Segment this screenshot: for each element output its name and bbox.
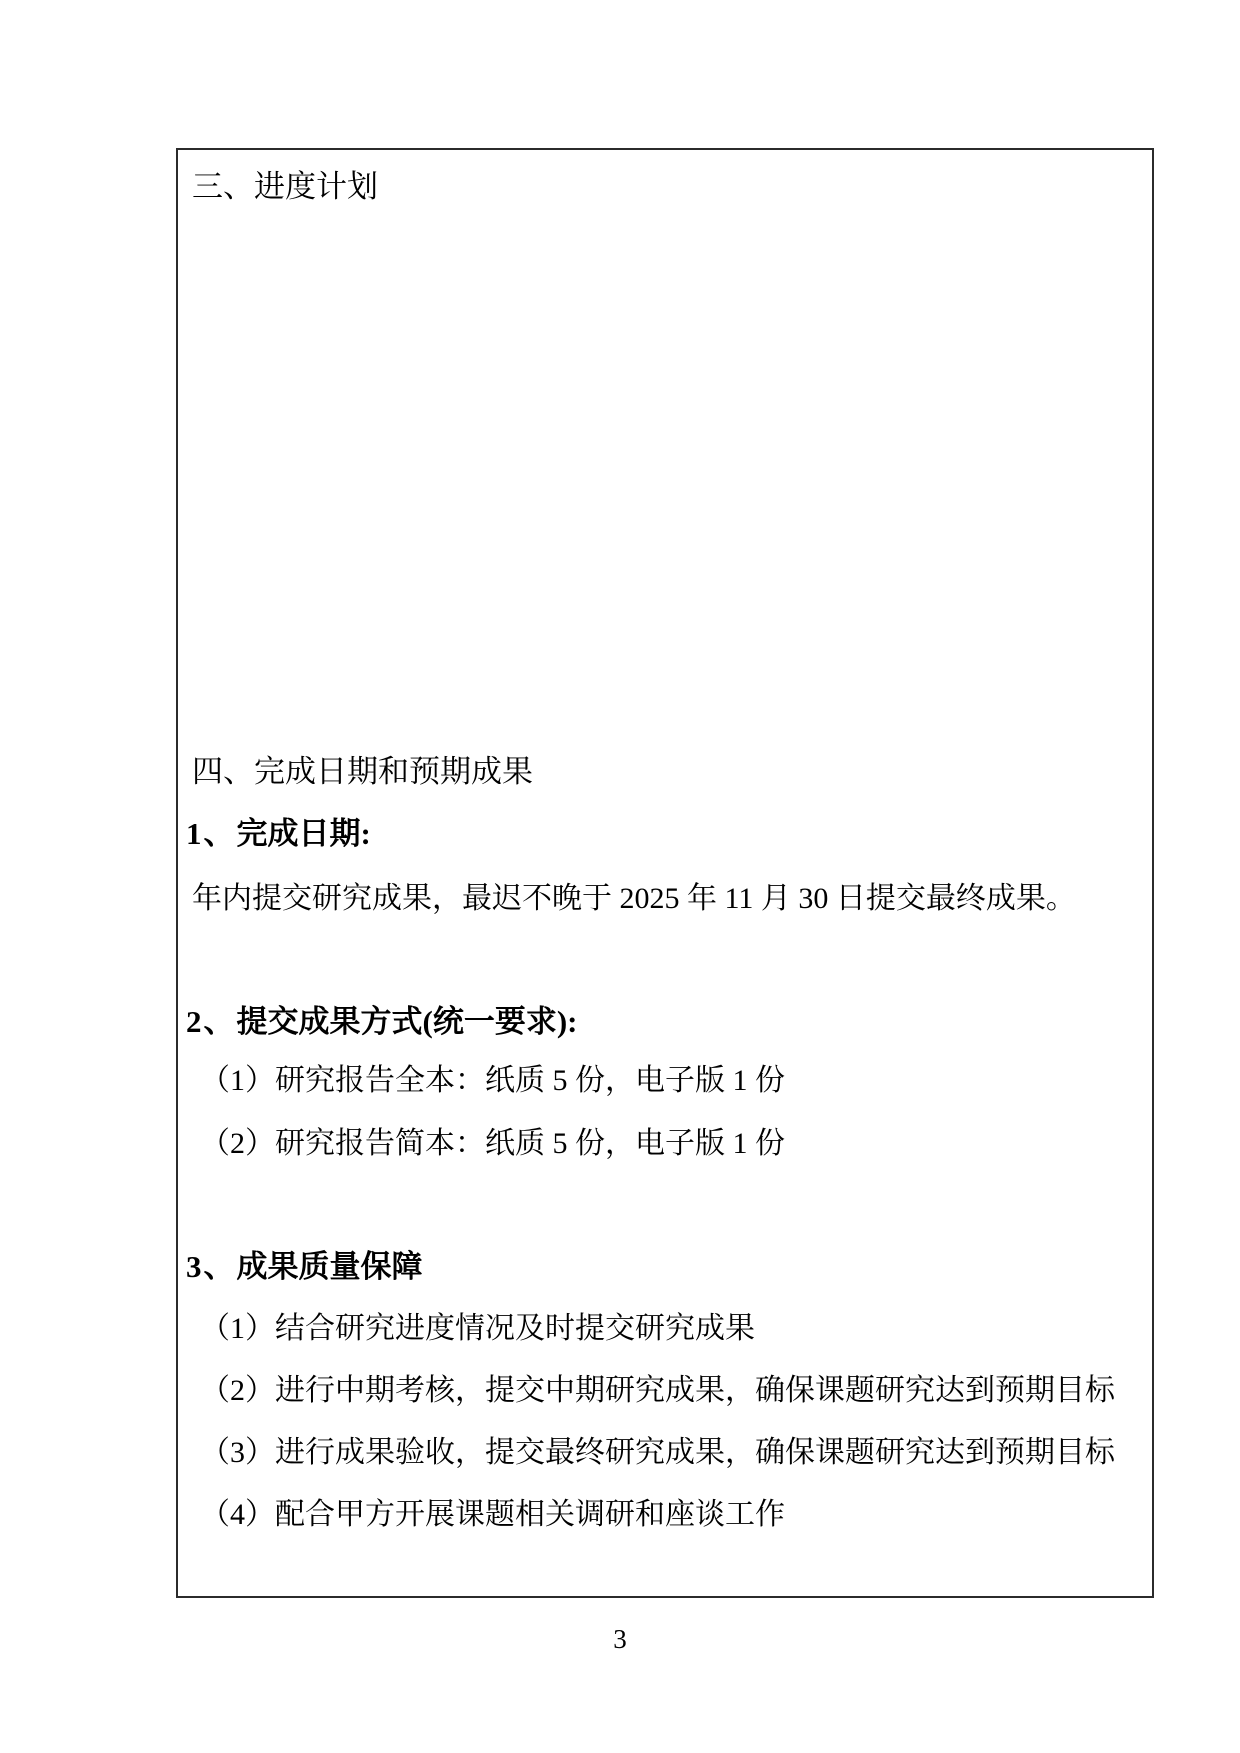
sub3-item-1: （1）结合研究进度情况及时提交研究成果 bbox=[200, 1310, 755, 1348]
section3-title: 三、进度计划 bbox=[192, 168, 378, 206]
sub1-heading: 1、完成日期: bbox=[186, 815, 371, 853]
section4-title: 四、完成日期和预期成果 bbox=[192, 753, 533, 791]
sub1-number: 1、 bbox=[186, 816, 237, 851]
content-border-box: 三、进度计划 四、完成日期和预期成果 1、完成日期: 年内提交研究成果，最迟不晚… bbox=[176, 148, 1154, 1598]
sub3-item-2: （2）进行中期考核，提交中期研究成果，确保课题研究达到预期目标 bbox=[200, 1372, 1115, 1410]
sub2-item-1: （1）研究报告全本：纸质 5 份，电子版 1 份 bbox=[200, 1062, 785, 1100]
sub1-body: 年内提交研究成果，最迟不晚于 2025 年 11 月 30 日提交最终成果。 bbox=[192, 880, 1076, 918]
page-number: 3 bbox=[0, 1624, 1240, 1655]
sub3-number: 3、 bbox=[186, 1249, 237, 1284]
sub3-item-4: （4）配合甲方开展课题相关调研和座谈工作 bbox=[200, 1496, 785, 1534]
sub2-number: 2、 bbox=[186, 1004, 237, 1039]
sub2-heading-text: 提交成果方式(统一要求): bbox=[237, 1004, 578, 1039]
sub1-heading-text: 完成日期: bbox=[237, 816, 371, 851]
sub3-heading: 3、成果质量保障 bbox=[186, 1248, 423, 1286]
sub3-item-3: （3）进行成果验收，提交最终研究成果，确保课题研究达到预期目标 bbox=[200, 1434, 1115, 1472]
sub2-heading: 2、提交成果方式(统一要求): bbox=[186, 1003, 577, 1041]
sub3-heading-text: 成果质量保障 bbox=[237, 1249, 423, 1284]
document-page: 三、进度计划 四、完成日期和预期成果 1、完成日期: 年内提交研究成果，最迟不晚… bbox=[0, 0, 1240, 1753]
sub2-item-2: （2）研究报告简本：纸质 5 份，电子版 1 份 bbox=[200, 1125, 785, 1163]
